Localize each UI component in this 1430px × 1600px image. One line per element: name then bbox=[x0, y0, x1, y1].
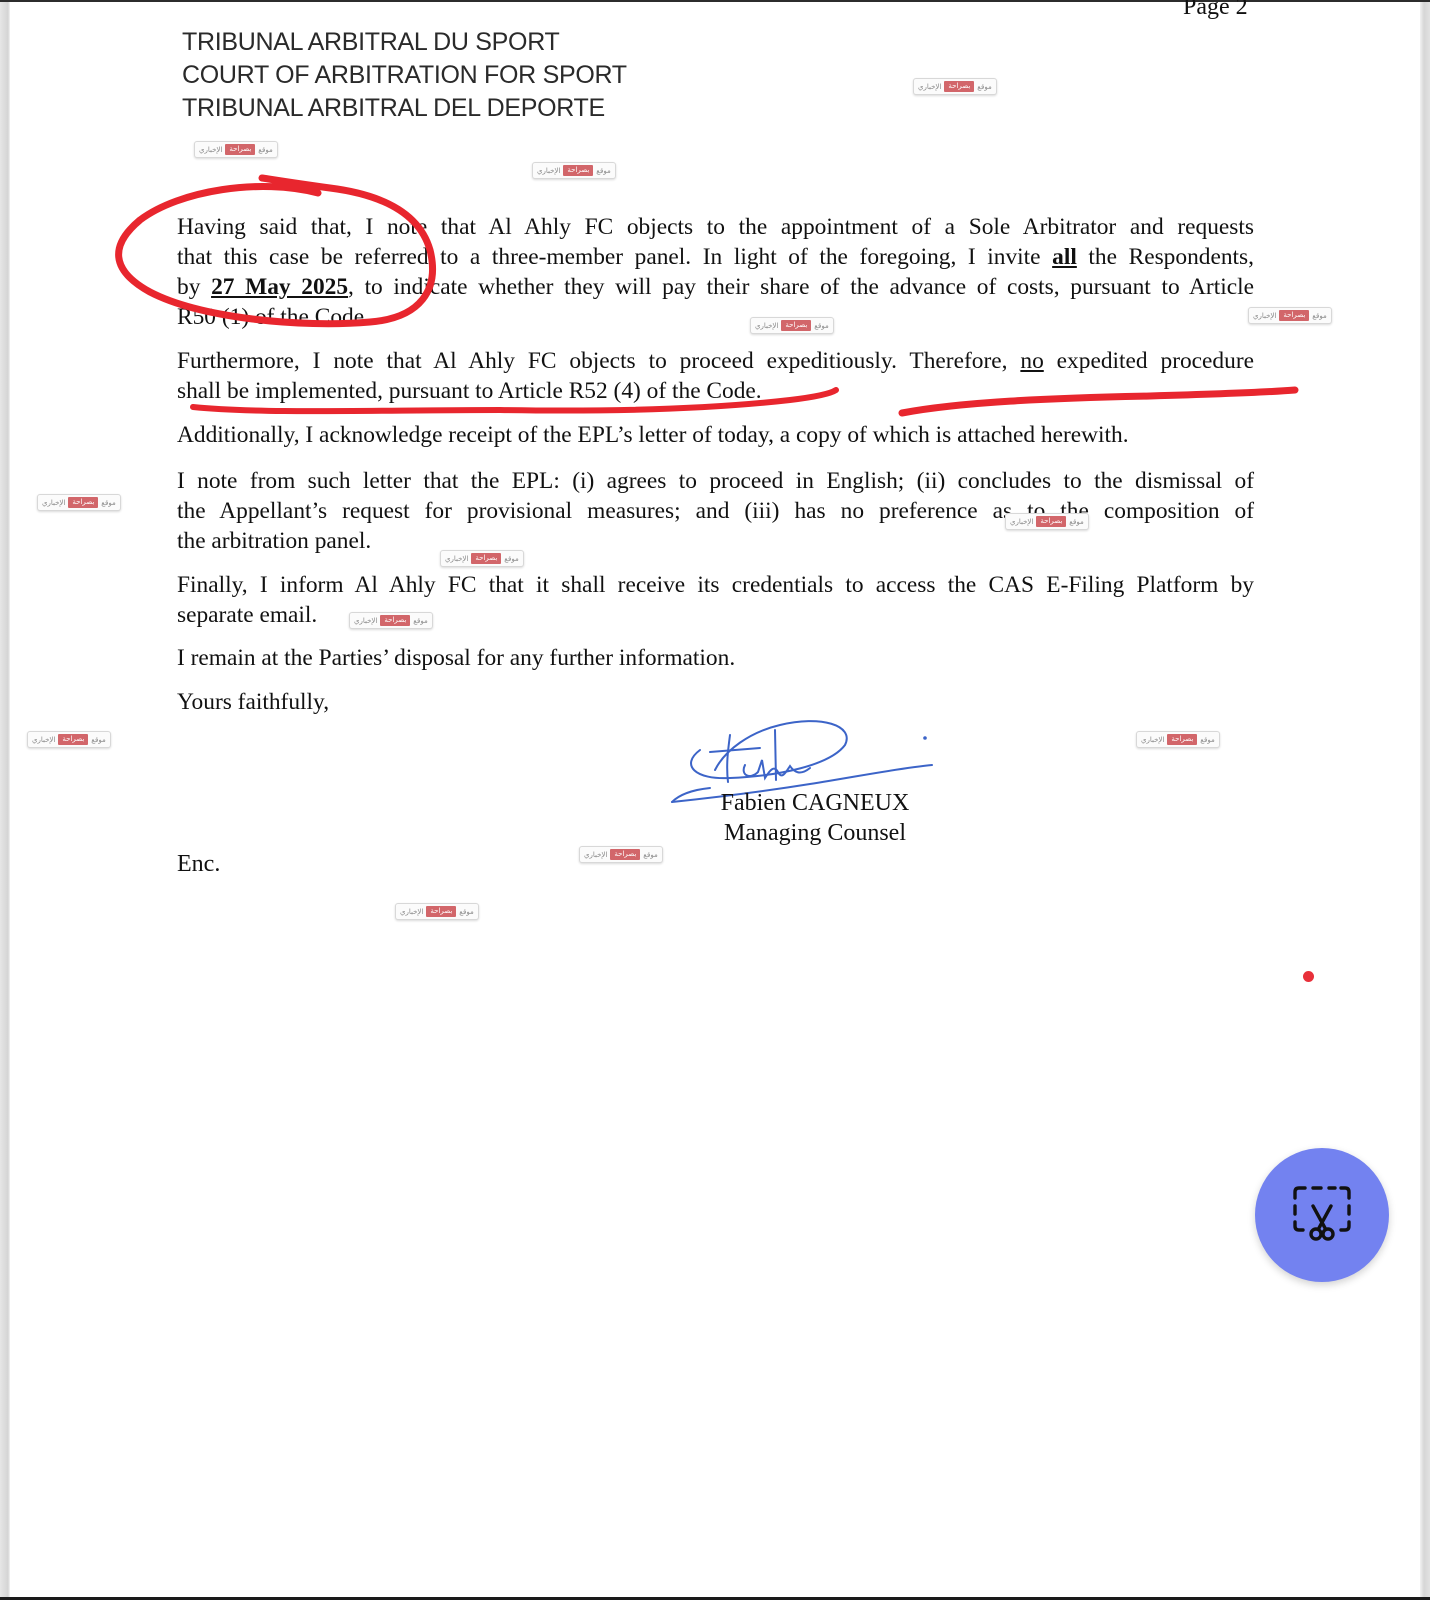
watermark-badge: موقعبصراحةالإخباري bbox=[750, 317, 834, 334]
paragraph-epl-letter: Additionally, I acknowledge receipt of t… bbox=[177, 420, 1254, 450]
screenshot-cut-button[interactable] bbox=[1255, 1148, 1389, 1282]
letterhead-line-en: COURT OF ARBITRATION FOR SPORT bbox=[182, 59, 627, 92]
emphasis-all: all bbox=[1052, 244, 1077, 270]
watermark-badge: موقعبصراحةالإخباري bbox=[37, 494, 121, 511]
screenshot-cut-icon bbox=[1291, 1184, 1353, 1246]
paragraph-disposal: I remain at the Parties’ disposal for an… bbox=[177, 643, 1254, 673]
watermark-badge: موقعبصراحةالإخباري bbox=[1005, 513, 1089, 530]
page-number: Page 2 bbox=[1183, 0, 1248, 21]
paragraph-sole-arbitrator: Having said that, I note that Al Ahly FC… bbox=[177, 212, 1254, 332]
paragraph-expedited: Furthermore, I note that Al Ahly FC obje… bbox=[177, 346, 1254, 406]
deadline-date: 27 May 2025 bbox=[211, 274, 348, 300]
watermark-badge: موقعبصراحةالإخباري bbox=[532, 162, 616, 179]
watermark-badge: موقعبصراحةالإخباري bbox=[395, 903, 479, 920]
signatory-name: Fabien CAGNEUX bbox=[715, 788, 915, 818]
letterhead: TRIBUNAL ARBITRAL DU SPORT COURT OF ARBI… bbox=[182, 26, 627, 125]
paragraph-efiling: Finally, I inform Al Ahly FC that it sha… bbox=[177, 570, 1254, 630]
watermark-badge: موقعبصراحةالإخباري bbox=[349, 612, 433, 629]
watermark-badge: موقعبصراحةالإخباري bbox=[1136, 731, 1220, 748]
paragraph-epl-positions: I note from such letter that the EPL: (i… bbox=[177, 466, 1254, 556]
left-scroll-gutter bbox=[0, 2, 10, 1597]
watermark-badge: موقعبصراحةالإخباري bbox=[440, 550, 524, 567]
watermark-badge: موقعبصراحةالإخباري bbox=[1248, 307, 1332, 324]
watermark-badge: موقعبصراحةالإخباري bbox=[579, 846, 663, 863]
letterhead-line-es: TRIBUNAL ARBITRAL DEL DEPORTE bbox=[182, 92, 627, 125]
right-scroll-gutter[interactable] bbox=[1420, 2, 1430, 1597]
watermark-badge: موقعبصراحةالإخباري bbox=[194, 141, 278, 158]
signatory-title: Managing Counsel bbox=[715, 818, 915, 848]
watermark-badge: موقعبصراحةالإخباري bbox=[913, 78, 997, 95]
red-dot-mark bbox=[1303, 971, 1314, 982]
emphasis-no: no bbox=[1020, 348, 1043, 374]
watermark-badge: موقعبصراحةالإخباري bbox=[27, 731, 111, 748]
enclosure-label: Enc. bbox=[177, 851, 220, 878]
letterhead-line-fr: TRIBUNAL ARBITRAL DU SPORT bbox=[182, 26, 627, 59]
signature-block: Fabien CAGNEUX Managing Counsel bbox=[715, 788, 915, 848]
